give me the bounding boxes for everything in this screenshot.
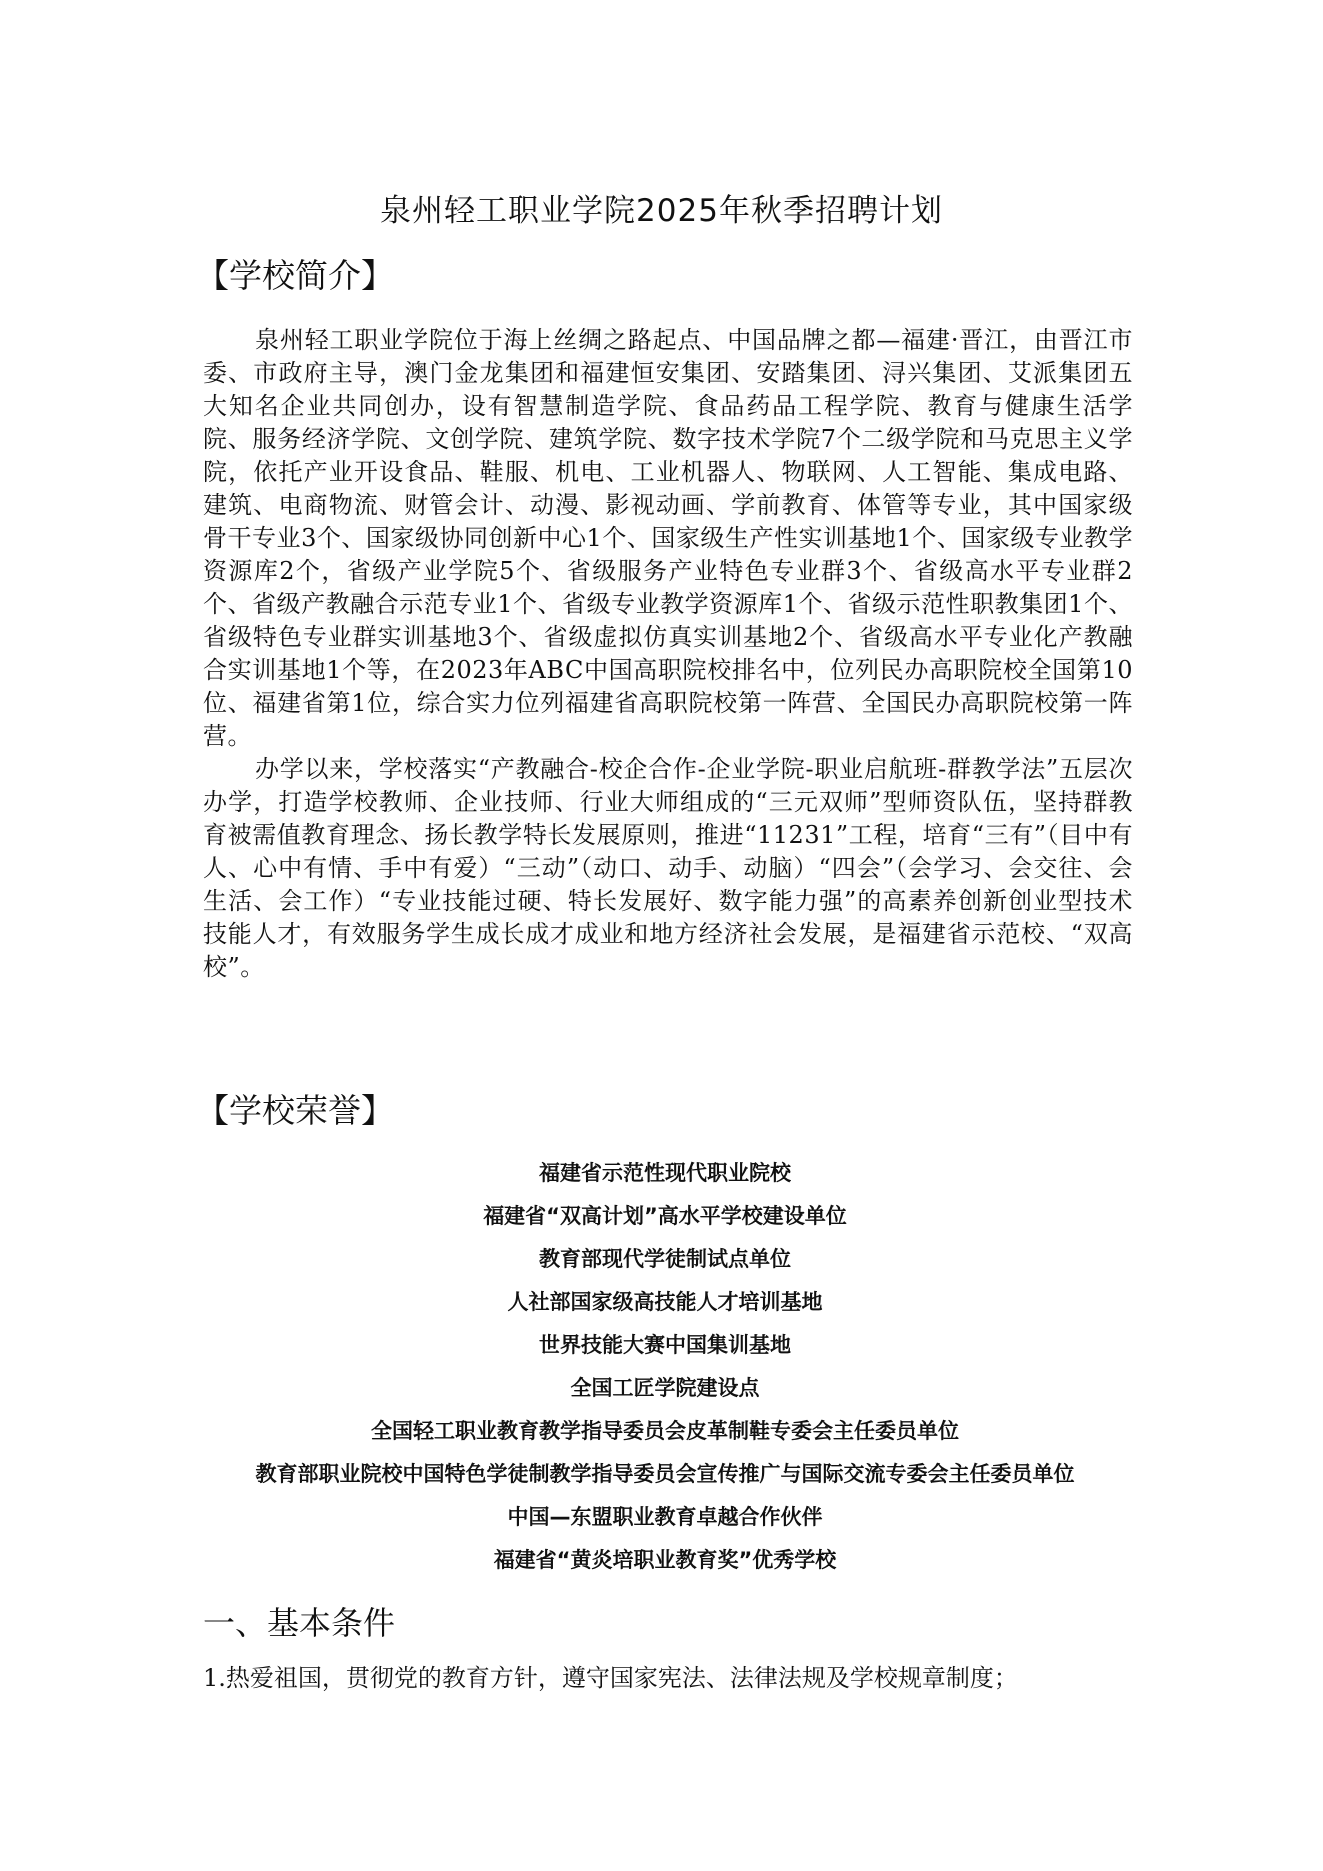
intro-heading: 【学校简介】 [196, 250, 394, 297]
honor-item: 教育部现代学徒制试点单位 [190, 1238, 1140, 1281]
intro-paragraph: 办学以来，学校落实“产教融合-校企合作-企业学院-职业启航班-群教学法”五层次办… [203, 753, 1133, 984]
honors-heading: 【学校荣誉】 [196, 1085, 394, 1132]
honor-item: 福建省示范性现代职业院校 [190, 1152, 1140, 1195]
honor-item: 教育部职业院校中国特色学徒制教学指导委员会宣传推广与国际交流专委会主任委员单位 [190, 1453, 1140, 1496]
basic-conditions-heading: 一、基本条件 [203, 1598, 395, 1644]
honor-item: 全国轻工职业教育教学指导委员会皮革制鞋专委会主任委员单位 [190, 1410, 1140, 1453]
honors-list: 福建省示范性现代职业院校 福建省“双高计划”高水平学校建设单位 教育部现代学徒制… [190, 1152, 1140, 1582]
document-page: 泉州轻工职业学院2025年秋季招聘计划 【学校简介】 泉州轻工职业学院位于海上丝… [0, 0, 1323, 1871]
honor-item: 人社部国家级高技能人才培训基地 [190, 1281, 1140, 1324]
document-title: 泉州轻工职业学院2025年秋季招聘计划 [0, 185, 1323, 230]
intro-paragraph: 泉州轻工职业学院位于海上丝绸之路起点、中国品牌之都—福建·晋江，由晋江市委、市政… [203, 324, 1133, 753]
honor-item: 世界技能大赛中国集训基地 [190, 1324, 1140, 1367]
condition-item: 1.热爱祖国，贯彻党的教育方针，遵守国家宪法、法律法规及学校规章制度； [203, 1662, 1133, 1695]
honor-item: 中国—东盟职业教育卓越合作伙伴 [190, 1496, 1140, 1539]
honor-item: 福建省“黄炎培职业教育奖”优秀学校 [190, 1539, 1140, 1582]
honor-item: 福建省“双高计划”高水平学校建设单位 [190, 1195, 1140, 1238]
honor-item: 全国工匠学院建设点 [190, 1367, 1140, 1410]
intro-body: 泉州轻工职业学院位于海上丝绸之路起点、中国品牌之都—福建·晋江，由晋江市委、市政… [203, 324, 1133, 984]
